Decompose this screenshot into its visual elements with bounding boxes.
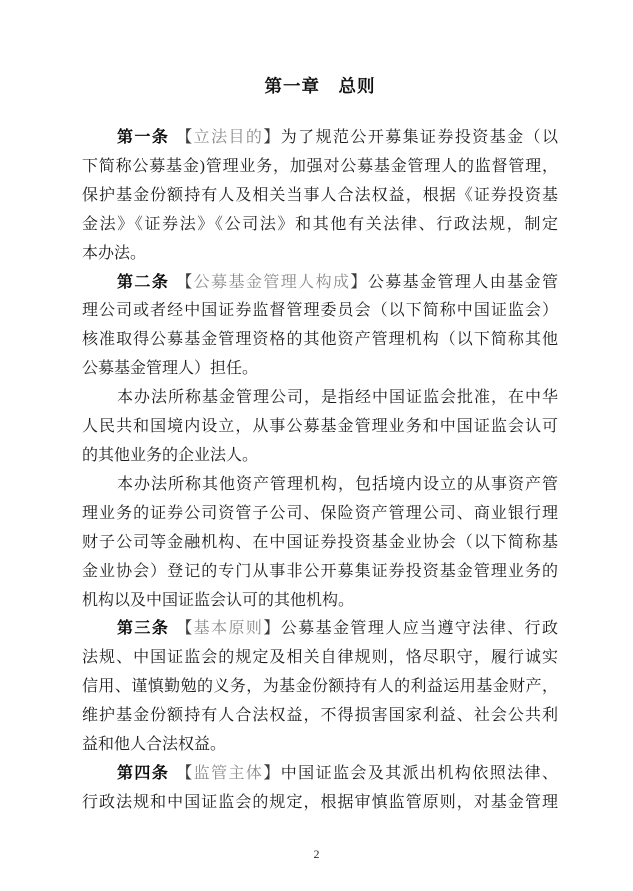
article-2-label: 公募基金管理人构成 — [194, 274, 351, 291]
article-3-line-1: 第三条【基本原则】公募基金管理人应当遵守法律、行政 — [82, 615, 558, 644]
text-run: 为了规范公开募集证券投资基金（以 — [281, 129, 558, 146]
article-3-line-5: 益和他人合法权益。 — [82, 731, 558, 760]
article-2-para-3-line-3: 财子公司等金融机构、在中国证券投资基金业协会（以下简称基 — [82, 529, 558, 558]
article-2-para-3-line-4: 金业协会）登记的专门从事非公开募集证券投资基金管理业务的 — [82, 558, 558, 587]
text-run: 公募基金管理人由基金管 — [368, 274, 558, 291]
bracket-close: 】 — [263, 620, 280, 637]
article-2-para-2-line-3: 的其他业务的企业法人。 — [82, 442, 558, 471]
article-3-label: 基本原则 — [194, 620, 264, 637]
bracket-open: 【 — [176, 620, 193, 637]
article-3-line-4: 维护基金份额持有人合法权益，不得损害国家利益、社会公共利 — [82, 702, 558, 731]
bracket-open: 【 — [176, 274, 193, 291]
page-number: 2 — [0, 847, 633, 862]
article-1-line-1: 第一条【立法目的】为了规范公开募集证券投资基金（以 — [82, 124, 558, 153]
chapter-title: 第一章 总则 — [82, 73, 558, 98]
article-4-number: 第四条 — [117, 765, 169, 782]
article-1-line-5: 本办法。 — [82, 240, 558, 269]
document-body: 第一条【立法目的】为了规范公开募集证券投资基金（以 下简称公募基金)管理业务，加… — [82, 124, 558, 818]
article-3-line-2: 法规、中国证监会的规定及相关自律规则，恪尽职守，履行诚实 — [82, 644, 558, 673]
article-4-label: 监管主体 — [194, 765, 264, 782]
article-2-line-3: 核准取得公募基金管理资格的其他资产管理机构（以下简称其他 — [82, 326, 558, 355]
bracket-open: 【 — [176, 129, 193, 146]
article-3-line-3: 信用、谨慎勤勉的义务，为基金份额持有人的利益运用基金财产， — [82, 673, 558, 702]
bracket-close: 】 — [263, 765, 280, 782]
article-1-number: 第一条 — [117, 129, 169, 146]
bracket-close: 】 — [350, 274, 367, 291]
text-run: 公募基金管理人应当遵守法律、行政 — [281, 620, 558, 637]
bracket-open: 【 — [176, 765, 193, 782]
article-2-para-3-line-5: 机构以及中国证监会认可的其他机构。 — [82, 587, 558, 616]
text-run: 中国证监会及其派出机构依照法律、 — [281, 765, 558, 782]
article-2-line-2: 理公司或者经中国证券监督管理委员会（以下简称中国证监会） — [82, 297, 558, 326]
article-1-line-3: 保护基金份额持有人及相关当事人合法权益，根据《证券投资基 — [82, 182, 558, 211]
article-2-para-3-line-2: 理业务的证券公司资管子公司、保险资产管理公司、商业银行理 — [82, 500, 558, 529]
document-page: 第一章 总则 第一条【立法目的】为了规范公开募集证券投资基金（以 下简称公募基金… — [0, 0, 633, 891]
article-4-line-2: 行政法规和中国证监会的规定，根据审慎监管原则，对基金管理 — [82, 789, 558, 818]
article-2-number: 第二条 — [117, 274, 169, 291]
article-2-line-1: 第二条【公募基金管理人构成】公募基金管理人由基金管 — [82, 269, 558, 298]
article-1-label: 立法目的 — [194, 129, 264, 146]
article-2-para-2-line-1: 本办法所称基金管理公司，是指经中国证监会批准，在中华 — [82, 384, 558, 413]
article-1-line-2: 下简称公募基金)管理业务，加强对公募基金管理人的监督管理， — [82, 153, 558, 182]
article-2-line-4: 公募基金管理人）担任。 — [82, 355, 558, 384]
article-3-number: 第三条 — [117, 620, 169, 637]
bracket-close: 】 — [263, 129, 280, 146]
article-4-line-1: 第四条【监管主体】中国证监会及其派出机构依照法律、 — [82, 760, 558, 789]
article-1-line-4: 金法》《证券法》《公司法》和其他有关法律、行政法规，制定 — [82, 211, 558, 240]
article-2-para-3-line-1: 本办法所称其他资产管理机构，包括境内设立的从事资产管 — [82, 471, 558, 500]
article-2-para-2-line-2: 人民共和国境内设立，从事公募基金管理业务和中国证监会认可 — [82, 413, 558, 442]
